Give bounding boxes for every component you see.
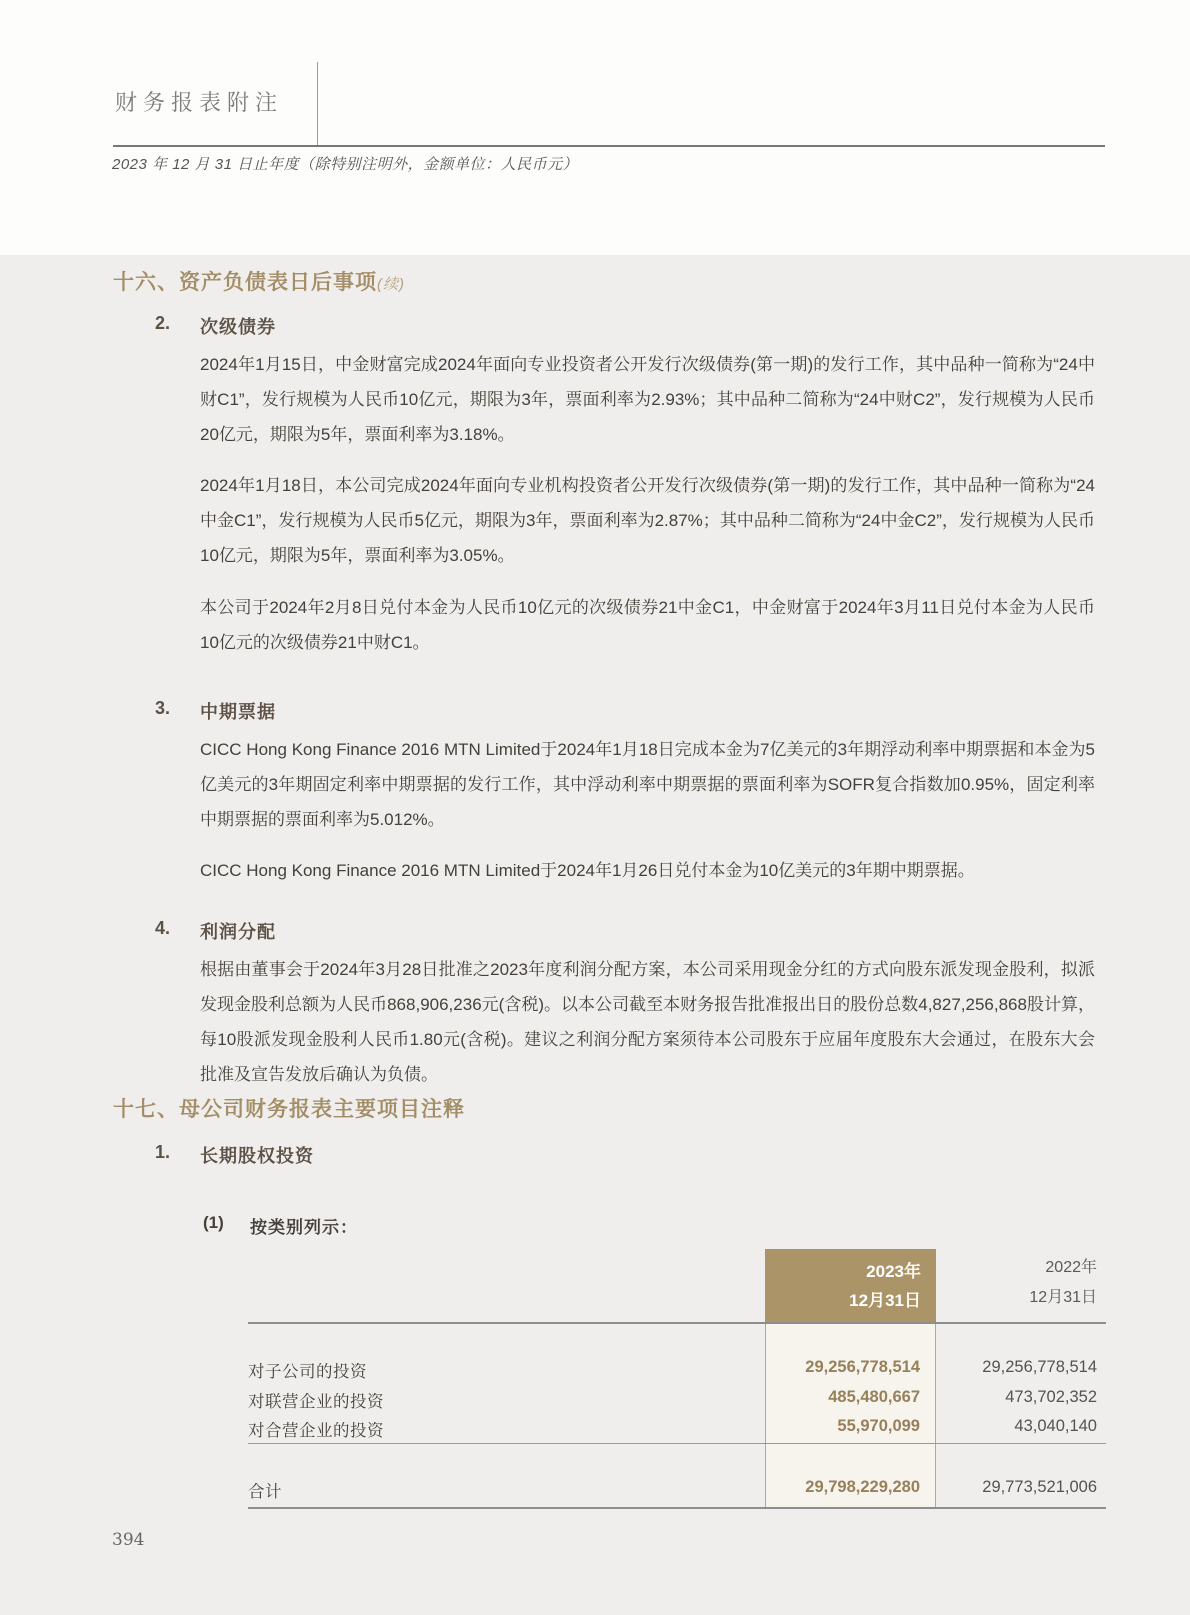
- header-rule: [113, 145, 1105, 147]
- table-header-2022-year: 2022年: [897, 1253, 1097, 1283]
- paragraph: 2024年1月18日，本公司完成2024年面向专业机构投资者公开发行次级债券(第…: [200, 468, 1095, 573]
- section16-title: 十六、资产负债表日后事项: [113, 271, 377, 294]
- item3-number: 3.: [155, 698, 170, 719]
- table-row-label: 对联营企业的投资: [248, 1388, 384, 1412]
- item4-title: 利润分配: [200, 918, 276, 944]
- content-background: [0, 255, 1190, 1615]
- report-page: 财务报表附注 2023 年 12 月 31 日止年度（除特别注明外，金额单位：人…: [0, 0, 1190, 1615]
- table-header-2022-date: 12月31日: [897, 1283, 1097, 1313]
- section17-heading: 十七、母公司财务报表主要项目注释: [113, 1093, 465, 1123]
- subitem-number: (1): [203, 1213, 224, 1233]
- table-row-label: 对合营企业的投资: [248, 1417, 384, 1441]
- table-row-label: 对子公司的投资: [248, 1358, 367, 1382]
- section17-item-title: 长期股权投资: [200, 1142, 314, 1168]
- page-subtitle: 2023 年 12 月 31 日止年度（除特别注明外，金额单位：人民币元）: [112, 153, 578, 174]
- table-total-value-2022: 29,773,521,006: [897, 1478, 1097, 1497]
- paragraph: 根据由董事会于2024年3月28日批准之2023年度利润分配方案，本公司采用现金…: [200, 952, 1095, 1092]
- table-row-value-2022: 43,040,140: [897, 1417, 1097, 1436]
- header-vertical-divider: [317, 62, 318, 146]
- subitem-title: 按类别列示：: [250, 1213, 358, 1238]
- item2-number: 2.: [155, 313, 170, 334]
- page-number: 394: [112, 1530, 144, 1550]
- table-header-2022: 2022年 12月31日: [897, 1253, 1097, 1313]
- page-title: 财务报表附注: [115, 86, 283, 117]
- table-mid-rule: [248, 1443, 1106, 1444]
- item2-title: 次级债券: [200, 313, 276, 339]
- table-top-rule: [248, 1322, 1106, 1324]
- item3-title: 中期票据: [200, 698, 276, 724]
- table-total-label: 合计: [248, 1478, 282, 1502]
- section16-continued-mark: (续): [377, 276, 405, 293]
- paragraph: CICC Hong Kong Finance 2016 MTN Limited于…: [200, 732, 1095, 837]
- table-bottom-rule: [248, 1507, 1106, 1509]
- section16-heading: 十六、资产负债表日后事项(续): [113, 266, 405, 296]
- paragraph: 本公司于2024年2月8日兑付本金为人民币10亿元的次级债券21中金C1，中金财…: [200, 590, 1095, 660]
- table-row-value-2022: 29,256,778,514: [897, 1358, 1097, 1377]
- table-row-value-2022: 473,702,352: [897, 1388, 1097, 1407]
- section17-title: 十七、母公司财务报表主要项目注释: [113, 1098, 465, 1121]
- item4-number: 4.: [155, 918, 170, 939]
- section17-item-number: 1.: [155, 1142, 170, 1163]
- paragraph: CICC Hong Kong Finance 2016 MTN Limited于…: [200, 853, 1095, 888]
- paragraph: 2024年1月15日，中金财富完成2024年面向专业投资者公开发行次级债券(第一…: [200, 347, 1095, 452]
